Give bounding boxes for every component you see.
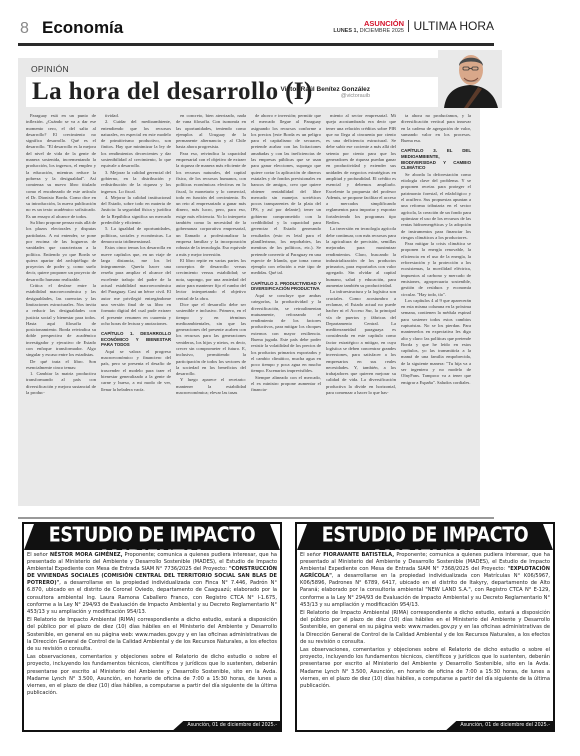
article-column-3: en concreto, bien aterrizado, nada de va… xyxy=(176,113,246,503)
article-column-1: Paraguay está en un punto de inflexión. … xyxy=(26,113,96,503)
article-paragraph: La inversión en tecnología agrícola debe… xyxy=(326,226,396,289)
section-title: Economía xyxy=(42,18,123,38)
ad-body: El señor NÉSTOR MORA GIMÉNEZ, Proponente… xyxy=(24,550,280,697)
article-title: La hora del desarrollo (I) xyxy=(32,78,313,106)
title-bar: La hora del desarrollo (I) Victor Raúl B… xyxy=(26,77,462,107)
dateline-date: LUNES 1, DICIEMBRE 2025 xyxy=(333,29,404,35)
article-paragraph: Para mitigar la crisis climática se prop… xyxy=(401,241,471,298)
author-byline: Victor Raúl Benítez González @victorauib xyxy=(281,87,370,100)
article-paragraph: Se aborda la deforestación como etiologí… xyxy=(401,172,471,241)
ad-footer-date: Asunción, 01 de diciembre del 2025.- xyxy=(446,721,553,730)
ad-paragraph-3: Las observaciones, comentarios y objecio… xyxy=(27,654,277,697)
article-paragraph: Los capítulos 4 al 9 que aparecerán en e… xyxy=(401,298,471,386)
newspaper-brand: ULTIMA HORA xyxy=(408,20,494,32)
article-paragraph: 5. La igualdad de oportunidades, polític… xyxy=(101,226,171,245)
article-paragraph: Aquí se concluye que ambas categorías, l… xyxy=(251,293,321,375)
section-divider xyxy=(18,517,494,519)
article-kicker: OPINIÓN xyxy=(31,64,69,74)
article-paragraph: Y luego aparece el recetario: mantener l… xyxy=(176,377,246,396)
ad-text: , a desarrollarse en la propiedad indivi… xyxy=(27,580,277,614)
article-paragraph: de ahorro e inversión; permitir que el m… xyxy=(251,113,321,277)
ad-paragraph-2: El Relatorio de Impacto Ambiental (RIMA)… xyxy=(300,610,550,645)
article-paragraph: Estos cinco temas los desarrolla en nuev… xyxy=(101,245,171,327)
article-paragraph: en concreto, bien aterrizado, nada de va… xyxy=(176,113,246,151)
ad-text: , a desarrollarse en la propiedad indivi… xyxy=(300,573,550,607)
article-paragraph: Siempre alineado con el mercado, el ex m… xyxy=(251,375,321,394)
article-column-5: miento al sector empresarial. Mi queja a… xyxy=(326,113,396,503)
dateline-day: LUNES 1, xyxy=(333,28,358,34)
proponent-name: FIORAVANTE BATISTELA, xyxy=(323,552,394,558)
ad-title: ESTUDIO DE IMPACTO AMBIENTAL xyxy=(297,524,553,550)
dateline-city: ASUNCIÓN xyxy=(333,20,404,28)
article-paragraph: Dice que el desarrollo debe ser sostenib… xyxy=(176,302,246,378)
author-handle: @victorauib xyxy=(281,94,370,100)
article-paragraph: La infraestructura y la logística son cr… xyxy=(326,289,396,396)
article-column-6: ta ahora no producíamos, y la diversific… xyxy=(401,113,471,503)
ad-header: ESTUDIO DE IMPACTO AMBIENTAL xyxy=(24,524,280,550)
chapter-heading: Capítulo 3. El del medioambiente, biodiv… xyxy=(401,148,471,170)
ad-paragraph-1: El señor FIORAVANTE BATISTELA, Proponent… xyxy=(300,552,550,609)
dateline: ASUNCIÓN LUNES 1, DICIEMBRE 2025 xyxy=(333,20,404,34)
ad-text: El señor xyxy=(300,552,323,558)
article-paragraph: ta ahora no producíamos, y la diversific… xyxy=(401,113,471,144)
article-paragraph: De qué trata el libro. Son esencialmente… xyxy=(26,359,96,372)
ad-paragraph-1: El señor NÉSTOR MORA GIMÉNEZ, Proponente… xyxy=(27,552,277,616)
article-paragraph: El libro repite en varias partes los con… xyxy=(176,258,246,302)
ad-header: ESTUDIO DE IMPACTO AMBIENTAL xyxy=(297,524,553,550)
article-paragraph: Aquí se valora el progreso macroeconómic… xyxy=(101,349,171,393)
article-paragraph: Su libro propone pensar más allá de los … xyxy=(26,220,96,283)
article-paragraph: Para eso, reivindica la capacidad empres… xyxy=(176,151,246,258)
article-paragraph: Critica el desfase entre la estabilidad … xyxy=(26,283,96,359)
ad-paragraph-3: Las observaciones, comentarios y objecio… xyxy=(300,647,550,690)
ad-body: El señor FIORAVANTE BATISTELA, Proponent… xyxy=(297,550,553,690)
article-body: Paraguay está en un punto de inflexión. … xyxy=(26,113,472,503)
author-photo xyxy=(438,50,502,108)
article-column-4: de ahorro e inversión; permitir que el m… xyxy=(251,113,321,503)
article-paragraph: 3. Mejorar la calidad gerencial del gobi… xyxy=(101,170,171,195)
environmental-notice-ad-2: ESTUDIO DE IMPACTO AMBIENTAL El señor FI… xyxy=(295,522,555,732)
header-rule xyxy=(18,43,494,46)
article-paragraph: Paraguay está en un punto de inflexión. … xyxy=(26,113,96,220)
ad-paragraph-2: El Relatorio de Impacto Ambiental (RIMA)… xyxy=(27,617,277,652)
ad-title: ESTUDIO DE IMPACTO AMBIENTAL xyxy=(24,524,280,550)
environmental-notice-ad-1: ESTUDIO DE IMPACTO AMBIENTAL El señor NÉ… xyxy=(22,522,282,732)
article-paragraph: 2. Cuidar del medioambiente, entendiendo… xyxy=(101,119,171,169)
chapter-heading: Capítulo 1. Desarrollo económico y biene… xyxy=(101,331,171,348)
article-paragraph: miento al sector empresarial. Mi queja a… xyxy=(326,113,396,226)
page-number: 8 xyxy=(20,20,29,38)
ad-footer-date: Asunción, 01 de diciembre del 2025.- xyxy=(173,721,280,730)
proponent-name: NÉSTOR MORA GIMÉNEZ, xyxy=(50,552,123,558)
page-header: 8 Economía ASUNCIÓN LUNES 1, DICIEMBRE 2… xyxy=(18,14,494,42)
opinion-article: OPINIÓN La hora del desarrollo (I) Victo… xyxy=(18,58,480,506)
ad-text: El señor xyxy=(27,552,50,558)
article-column-2: tividad.2. Cuidar del medioambiente, ent… xyxy=(101,113,171,503)
article-paragraph: 4. Mejorar la calidad institucional del … xyxy=(101,195,171,226)
chapter-heading: Capítulo 2. Productividad y diversificac… xyxy=(251,281,321,292)
author-portrait-icon xyxy=(438,50,502,108)
dateline-month: DICIEMBRE 2025 xyxy=(360,28,404,34)
article-paragraph: 1. Cambiar la matriz productiva transfor… xyxy=(26,371,96,396)
